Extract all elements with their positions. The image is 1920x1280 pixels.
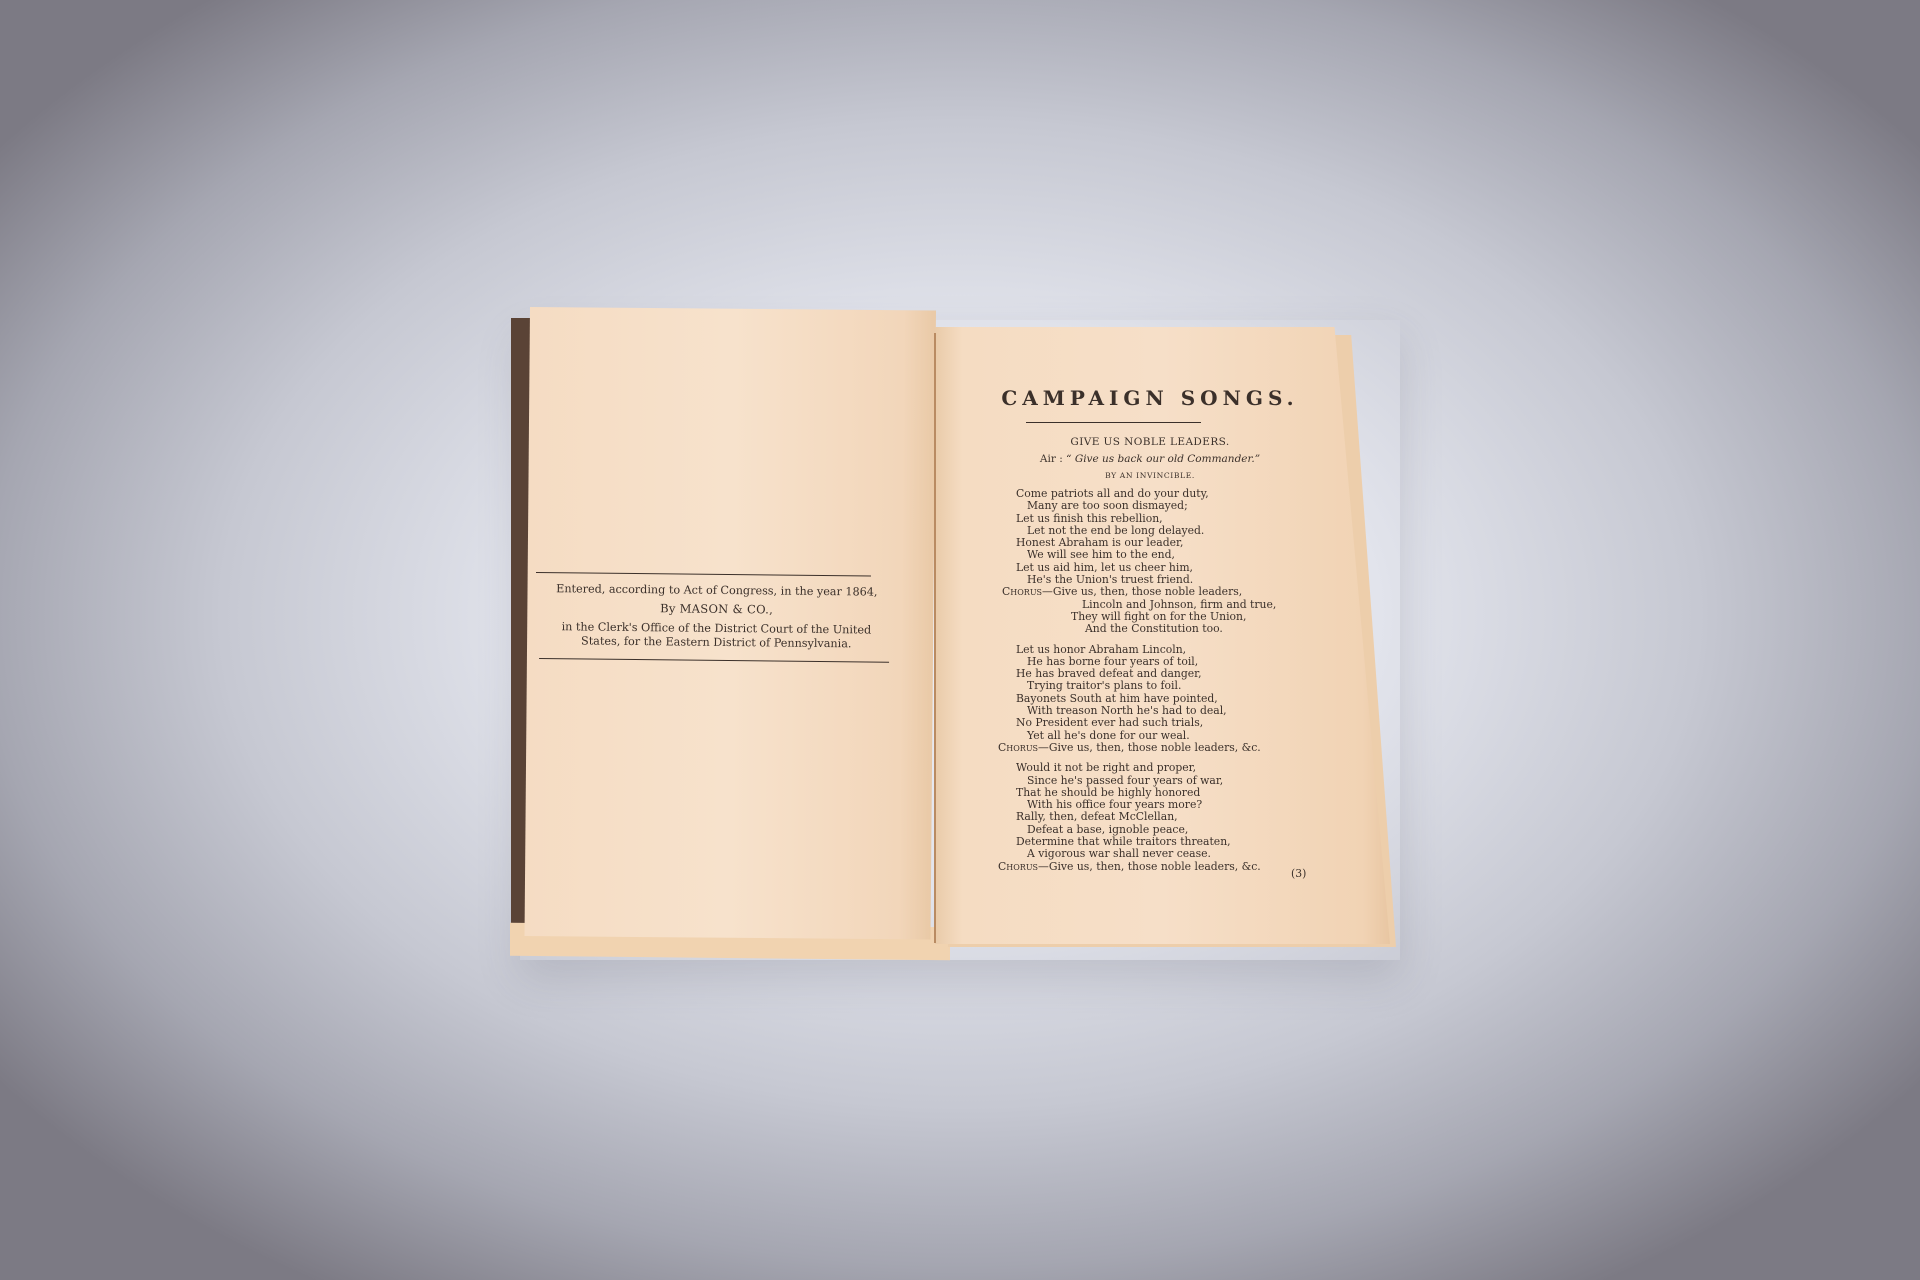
verse-line: Trying traitor's plans to foil. [990,680,1310,692]
verse-line: Rally, then, defeat McClellan, [990,811,1310,823]
verse-line: No President ever had such trials, [990,717,1310,729]
verse-line: Let us honor Abraham Lincoln, [990,644,1310,656]
song-author: BY AN INVINCIBLE. [990,471,1310,480]
stanza-1: Come patriots all and do your duty, Many… [990,488,1310,636]
chorus-text: —Give us, then, those noble leaders, &c. [1038,860,1261,873]
chorus-label: Chorus [1002,585,1042,598]
chorus-line: And the Constitution too. [990,623,1310,635]
song-title: GIVE US NOBLE LEADERS. [990,436,1310,448]
stanza-3: Would it not be right and proper, Since … [990,762,1310,873]
stanza-2: Let us honor Abraham Lincoln, He has bor… [990,644,1310,755]
verse-line: Since he's passed four years of war, [990,775,1310,787]
verse-line: Many are too soon dismayed; [990,500,1310,512]
chorus-text: —Give us, then, those noble leaders, &c. [1038,741,1261,754]
page-title: CAMPAIGN SONGS. [990,383,1310,413]
copyright-publisher: By MASON & CO., [536,600,898,618]
verse-line: Would it not be right and proper, [990,762,1310,774]
chorus-line: Chorus—Give us, then, those noble leader… [990,586,1310,598]
chorus-text: —Give us, then, those noble leaders, [1042,585,1242,598]
chorus-line: Chorus—Give us, then, those noble leader… [990,742,1310,754]
copyright-line-1: Entered, according to Act of Congress, i… [536,582,898,600]
air-label: Air : [1040,453,1063,465]
copyright-notice: Entered, according to Act of Congress, i… [535,572,898,663]
chorus-label: Chorus [998,741,1038,754]
chorus-line: Chorus—Give us, then, those noble leader… [990,861,1310,873]
verse-line: We will see him to the end, [990,549,1310,561]
campaign-songs-page: CAMPAIGN SONGS. GIVE US NOBLE LEADERS. A… [990,383,1310,873]
title-rule [1026,422,1201,423]
page-number: (3) [1291,867,1306,880]
book-gutter [934,333,936,943]
copyright-line-4: States, for the Eastern District of Penn… [535,634,897,652]
air-text: “ Give us back our old Commander.” [1066,453,1260,465]
song-air: Air : “ Give us back our old Commander.” [990,453,1310,465]
chorus-label: Chorus [998,860,1038,873]
